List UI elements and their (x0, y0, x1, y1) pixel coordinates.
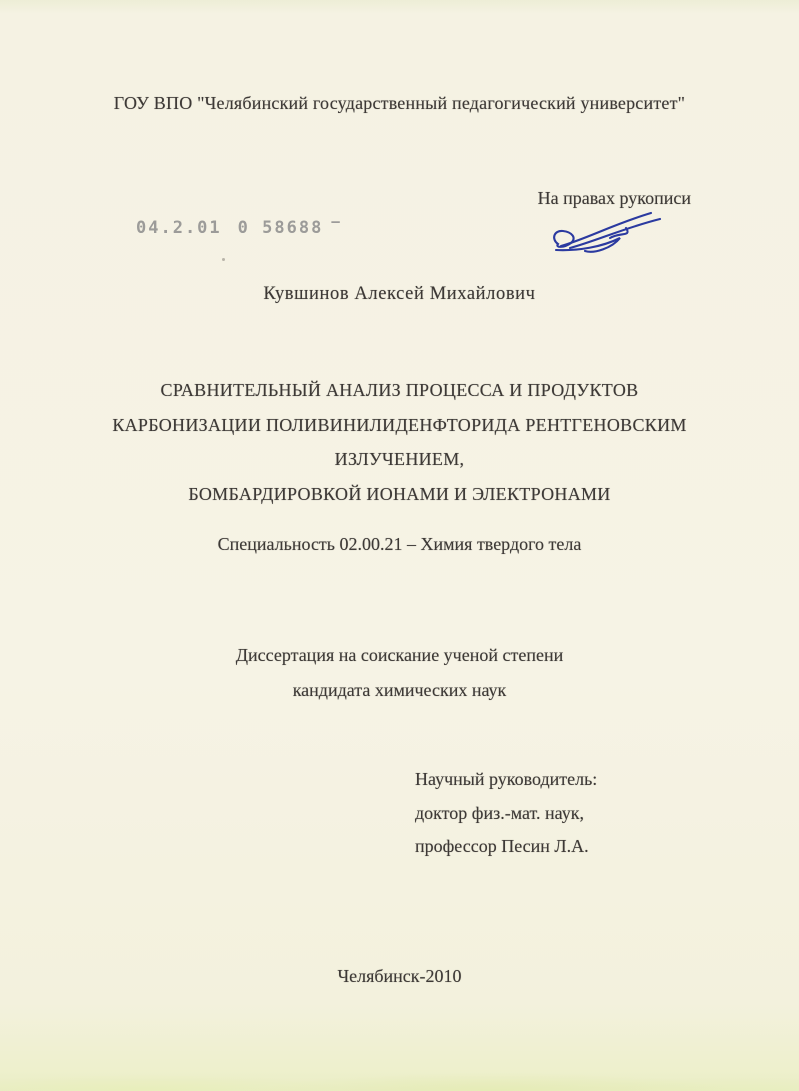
degree-statement: Диссертация на соискание ученой степени … (0, 638, 799, 708)
stamp-code: 04.2.01 (136, 218, 222, 238)
manuscript-rights-note: На правах рукописи (538, 188, 691, 209)
stamp-number: 0 58688 (238, 218, 324, 238)
dissertation-title-page: ГОУ ВПО "Челябинский государственный пед… (0, 0, 799, 1091)
supervisor-info: Научный руководитель: доктор физ.-мат. н… (415, 763, 597, 864)
library-stamp-number: 04.2.010 58688– (136, 218, 342, 238)
signature-icon (548, 208, 670, 265)
specialty-line: Специальность 02.00.21 – Химия твердого … (0, 534, 799, 555)
dissertation-title: СРАВНИТЕЛЬНЫЙ АНАЛИЗ ПРОЦЕССА И ПРОДУКТО… (40, 373, 759, 511)
title-line: ИЗЛУЧЕНИЕМ, (40, 442, 759, 477)
author-name: Кувшинов Алексей Михайлович (0, 284, 799, 305)
degree-line: кандидата химических наук (0, 673, 799, 708)
degree-line: Диссертация на соискание ученой степени (0, 638, 799, 673)
supervisor-line: профессор Песин Л.А. (415, 830, 597, 864)
university-name: ГОУ ВПО "Челябинский государственный пед… (0, 93, 799, 114)
stamp-mark: – (331, 214, 341, 230)
title-line: СРАВНИТЕЛЬНЫЙ АНАЛИЗ ПРОЦЕССА И ПРОДУКТО… (40, 373, 759, 408)
city-year: Челябинск-2010 (0, 966, 799, 987)
supervisor-line: доктор физ.-мат. наук, (415, 797, 597, 831)
title-line: КАРБОНИЗАЦИИ ПОЛИВИНИЛИДЕНФТОРИДА РЕНТГЕ… (40, 408, 759, 443)
title-line: БОМБАРДИРОВКОЙ ИОНАМИ И ЭЛЕКТРОНАМИ (40, 477, 759, 512)
supervisor-line: Научный руководитель: (415, 763, 597, 797)
paper-speck (222, 258, 225, 261)
